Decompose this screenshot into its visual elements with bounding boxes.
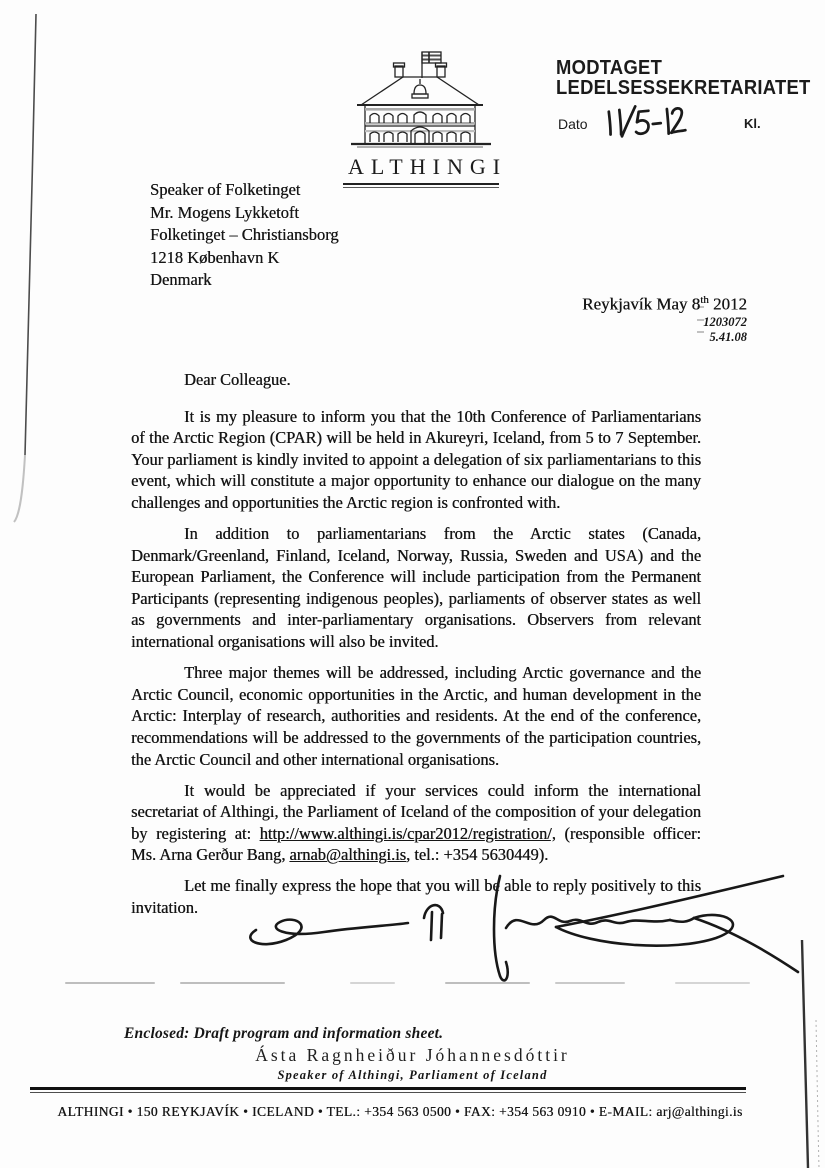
footer-rule-thick	[30, 1087, 746, 1090]
recipient-line: Folketinget – Christiansborg	[150, 224, 339, 247]
stamp-line-modtaget: MODTAGET	[556, 58, 795, 78]
recipient-line: 1218 København K	[150, 247, 339, 270]
paragraph-2: In addition to parliamentarians from the…	[131, 523, 701, 653]
footer-contact-line: ALTHINGI • 150 REYKJAVÍK • ICELAND • TEL…	[0, 1104, 800, 1120]
ordinal-suffix: th	[700, 294, 709, 306]
paragraph-3: Three major themes will be addressed, in…	[131, 662, 701, 770]
reference-number: 1203072	[582, 315, 747, 330]
paragraph-4: It would be appreciated if your services…	[131, 780, 701, 866]
handwritten-date	[600, 104, 688, 144]
contact-email: arnab@althingi.is	[289, 845, 406, 864]
logo-underline-thin	[343, 187, 499, 188]
logo-wordmark: ALTHINGI	[343, 154, 499, 180]
place-and-date: Reykjavík May 8th 2012	[582, 294, 747, 315]
received-stamp: MODTAGET LEDELSESSEKRETARIATET Dato Kl.	[556, 58, 816, 148]
reference-time: 5.41.08	[582, 330, 747, 345]
signer-name: Ásta Ragnheiður Jóhannesdóttir	[130, 1045, 695, 1066]
recipient-line: Mr. Mogens Lykketoft	[150, 202, 339, 225]
stamp-line-secretariat: LEDELSESSEKRETARIATET	[556, 78, 795, 98]
salutation: Dear Colleague.	[131, 369, 701, 391]
signer-title: Speaker of Althingi, Parliament of Icela…	[130, 1068, 695, 1083]
enclosure-note: Enclosed: Draft program and information …	[124, 1025, 443, 1043]
recipient-line: Speaker of Folketinget	[150, 179, 339, 202]
date-reference-block: Reykjavík May 8th 2012 1203072 5.41.08	[582, 294, 747, 345]
stamp-kl-label: Kl.	[744, 116, 761, 131]
registration-url: http://www.althingi.is/cpar2012/registra…	[260, 824, 556, 843]
recipient-address-block: Speaker of Folketinget Mr. Mogens Lykket…	[150, 179, 339, 292]
althingi-parliament-building-icon	[343, 48, 499, 148]
stamp-dato-label: Dato	[558, 116, 588, 132]
logo-underline-thick	[343, 183, 499, 185]
scan-edge-line-left	[0, 0, 60, 560]
footer-rule-thin	[30, 1092, 746, 1093]
letter-body: Dear Colleague. It is my pleasure to inf…	[131, 369, 701, 928]
recipient-line: Denmark	[150, 269, 339, 292]
signer-identity-block: Ásta Ragnheiður Jóhannesdóttir Speaker o…	[130, 1045, 695, 1083]
handwritten-signature	[238, 866, 803, 992]
althingi-logo: ALTHINGI	[343, 48, 499, 188]
paragraph-1: It is my pleasure to inform you that the…	[131, 406, 701, 514]
scanned-letter-page: ALTHINGI MODTAGET LEDELSESSEKRETARIATET …	[0, 0, 825, 1168]
